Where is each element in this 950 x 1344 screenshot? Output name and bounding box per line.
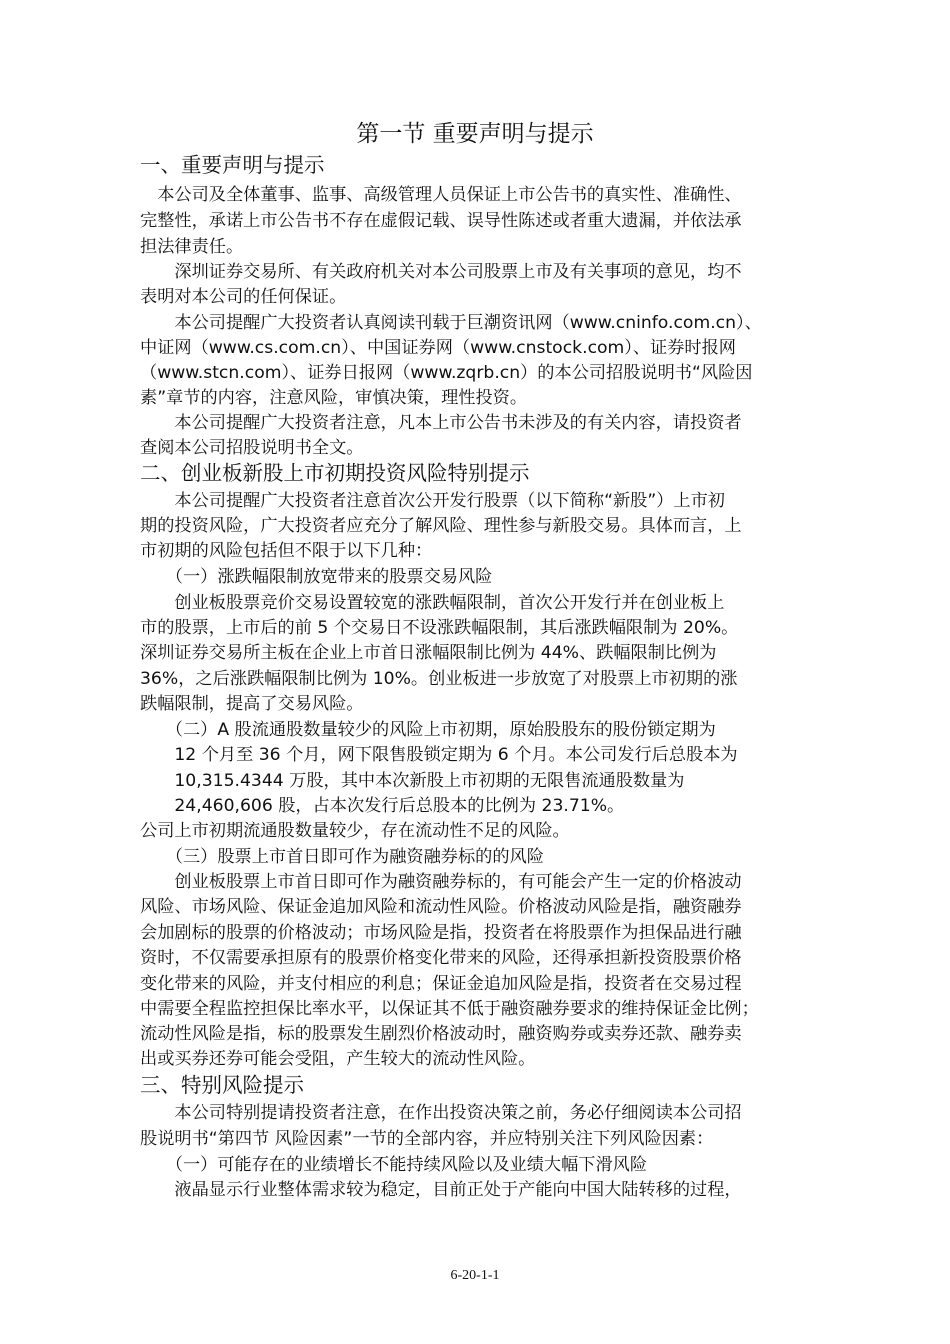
paragraph-line: 10,315.4344 万股，其中本次新股上市初期的无限售流通股数量为 — [140, 768, 812, 794]
paragraph-line: 深圳证券交易所主板在企业上市首日涨幅限制比例为 44%、跌幅限制比例为 — [140, 640, 812, 666]
subheading-1: （一）涨跌幅限制放宽带来的股票交易风险 — [140, 564, 812, 590]
paragraph-line: 期的投资风险，广大投资者应充分了解风险、理性参与新股交易。具体而言，上 — [140, 513, 812, 539]
paragraph-line: 会加剧标的股票的价格波动；市场风险是指，投资者在将股票作为担保品进行融 — [140, 920, 812, 946]
paragraph-line: 股说明书“第四节 风险因素”一节的全部内容，并应特别关注下列风险因素： — [140, 1126, 812, 1152]
paragraph-line: 本公司特别提请投资者注意，在作出投资决策之前，务必仔细阅读本公司招 — [140, 1100, 812, 1126]
paragraph-line: 本公司提醒广大投资者注意，凡本上市公告书未涉及的有关内容，请投资者 — [140, 410, 812, 436]
paragraph-line: 创业板股票上市首日即可作为融资融券标的，有可能会产生一定的价格波动 — [140, 869, 812, 895]
paragraph-line: 流动性风险是指，标的股票发生剧烈价格波动时，融资购券或卖券还款、融券卖 — [140, 1021, 812, 1047]
paragraph-line: 本公司及全体董事、监事、高级管理人员保证上市公告书的真实性、准确性、 — [140, 182, 812, 208]
paragraph-line: 资时，不仅需要承担原有的股票价格变化带来的风险，还得承担新投资股票价格 — [140, 945, 812, 971]
paragraph-line: 公司上市初期流通股数量较少，存在流动性不足的风险。 — [140, 818, 812, 844]
paragraph-line: 表明对本公司的任何保证。 — [140, 284, 812, 310]
paragraph-line: 市的股票，上市后的前 5 个交易日不设涨跌幅限制，其后涨跌幅限制为 20%。 — [140, 615, 812, 641]
page-title: 第一节 重要声明与提示 — [0, 118, 950, 150]
paragraph-line: 变化带来的风险，并支付相应的利息；保证金追加风险是指，投资者在交易过程 — [140, 971, 812, 997]
paragraph-line: 市初期的风险包括但不限于以下几种： — [140, 538, 812, 564]
paragraph-line: 跌幅限制，提高了交易风险。 — [140, 691, 812, 717]
document-page: 第一节 重要声明与提示 一、重要声明与提示 本公司及全体董事、监事、高级管理人员… — [0, 0, 950, 1344]
paragraph-line: 本公司提醒广大投资者注意首次公开发行股票（以下简称“新股”）上市初 — [140, 488, 812, 514]
section-heading-1: 一、重要声明与提示 — [140, 151, 812, 179]
paragraph-line: 本公司提醒广大投资者认真阅读刊载于巨潮资讯网（www.cninfo.com.cn… — [140, 310, 812, 336]
paragraph-line: 素”章节的内容，注意风险，审慎决策，理性投资。 — [140, 385, 812, 411]
paragraph-line: 液晶显示行业整体需求较为稳定，目前正处于产能向中国大陆转移的过程， — [140, 1177, 812, 1203]
section-heading-3: 三、特别风险提示 — [140, 1071, 812, 1099]
subheading-2: （二）A 股流通股数量较少的风险上市初期，原始股股东的股份锁定期为 — [140, 717, 812, 743]
paragraph-line: 担法律责任。 — [140, 234, 812, 260]
subheading-3: （三）股票上市首日即可作为融资融券标的的风险 — [140, 844, 812, 870]
paragraph-line: 风险、市场风险、保证金追加风险和流动性风险。价格波动风险是指，融资融券 — [140, 894, 812, 920]
subheading-1: （一）可能存在的业绩增长不能持续风险以及业绩大幅下滑风险 — [140, 1152, 812, 1178]
paragraph-line: 24,460,606 股，占本次发行后总股本的比例为 23.71%。 — [140, 793, 812, 819]
paragraph-line: 查阅本公司招股说明书全文。 — [140, 435, 812, 461]
section-heading-2: 二、创业板新股上市初期投资风险特别提示 — [140, 459, 812, 487]
paragraph-line: （www.stcn.com）、证券日报网（www.zqrb.cn）的本公司招股说… — [140, 360, 812, 386]
paragraph-line: 完整性，承诺上市公告书不存在虚假记载、误导性陈述或者重大遗漏，并依法承 — [140, 208, 812, 234]
paragraph-line: 36%，之后涨跌幅限制比例为 10%。创业板进一步放宽了对股票上市初期的涨 — [140, 666, 812, 692]
paragraph-line: 中证网（www.cs.com.cn）、中国证券网（www.cnstock.com… — [140, 335, 812, 361]
paragraph-line: 出或买券还券可能会受阻，产生较大的流动性风险。 — [140, 1046, 812, 1072]
paragraph-line: 深圳证券交易所、有关政府机关对本公司股票上市及有关事项的意见，均不 — [140, 259, 812, 285]
paragraph-line: 创业板股票竞价交易设置较宽的涨跌幅限制，首次公开发行并在创业板上 — [140, 590, 812, 616]
paragraph-line: 12 个月至 36 个月，网下限售股锁定期为 6 个月。本公司发行后总股本为 — [140, 742, 812, 768]
paragraph-line: 中需要全程监控担保比率水平，以保证其不低于融资融券要求的维持保证金比例； — [140, 996, 812, 1022]
page-number: 6-20-1-1 — [0, 1268, 950, 1284]
